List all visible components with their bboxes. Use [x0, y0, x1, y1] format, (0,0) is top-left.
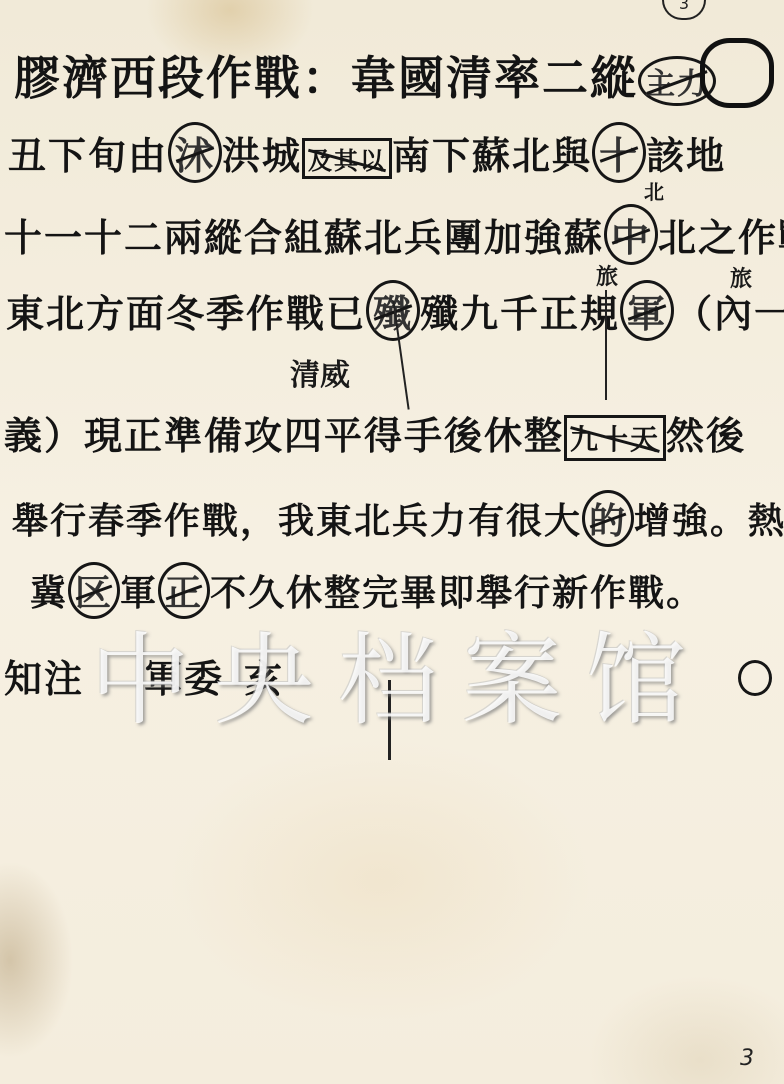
struck-text: 正 — [158, 562, 210, 619]
manuscript-line-2: 丑下旬由沭洪城及其以南下蘇北與十該地 — [8, 122, 726, 183]
struck-text: 軍 — [620, 280, 674, 341]
line-text: 亥 — [244, 656, 284, 701]
manuscript-line-1: 膠濟西段作戰：韋國清率二縱主力 — [14, 42, 716, 108]
line-text: 知注 — [4, 656, 84, 701]
line-text: 增強。熱察 — [634, 500, 784, 542]
struck-block-right — [700, 38, 774, 108]
insertion-bei: 北 — [644, 176, 664, 205]
manuscript-line-3: 十一十二兩縱合組蘇北兵團加強蘇中北之作戰 — [4, 204, 784, 265]
line-text: 軍委 — [144, 656, 224, 701]
struck-text: 沭 — [168, 122, 222, 183]
end-circle-mark — [738, 660, 772, 696]
line-text: （內一個 — [674, 291, 784, 336]
page-number-top: 3 — [662, 0, 706, 20]
struck-text: 的 — [582, 490, 634, 547]
manuscript-line-7: 冀区軍正不久休整完畢即舉行新作戰。 — [30, 562, 704, 619]
line-text: 洪城 — [222, 133, 302, 178]
line-text: 南下蘇北與 — [392, 133, 592, 178]
line-text: 冀 — [30, 572, 68, 614]
boxed-text: 及其以 — [302, 138, 392, 179]
insertion-lv2: 旅 — [730, 262, 752, 293]
line-text: 義）現正準備攻四平得手後休整 — [4, 413, 564, 458]
line-text: 東北方面冬季作戰已 — [6, 291, 366, 336]
line-text: 軍 — [120, 572, 158, 614]
manuscript-line-8: 知注軍委亥 — [4, 648, 284, 703]
manuscript-page: 3 膠濟西段作戰：韋國清率二縱主力 丑下旬由沭洪城及其以南下蘇北與十該地 十一十… — [0, 0, 784, 1084]
line-text: 該地 — [646, 133, 726, 178]
line-text: 舉行春季作戰，我東北兵力有很大 — [12, 500, 582, 542]
insertion-lv: 旅 — [596, 260, 618, 291]
insertion-qingwei: 清威 — [290, 350, 350, 394]
boxed-text: 九十天 — [564, 415, 666, 461]
line-text: 膠濟西段作戰：韋國清率二縱 — [14, 51, 638, 105]
manuscript-line-6: 舉行春季作戰，我東北兵力有很大的增強。熱察 — [12, 490, 784, 547]
line-text: 北之作戰 — [658, 215, 784, 260]
struck-text: 区 — [68, 562, 120, 619]
struck-text: 十 — [592, 122, 646, 183]
line-text: 不久休整完畢即舉行新作戰。 — [210, 572, 704, 614]
line-text: 殲九千正規 — [420, 291, 620, 336]
manuscript-line-5: 義）現正準備攻四平得手後休整九十天然後 — [4, 405, 746, 461]
insertion-line — [605, 290, 607, 400]
line-text: 然後 — [666, 413, 746, 458]
line-text: 十一十二兩縱合組蘇北兵團加強蘇 — [4, 215, 604, 260]
signature-stroke — [388, 680, 391, 760]
page-number-bottom: 3 — [740, 1046, 754, 1071]
line-text: 丑下旬由 — [8, 133, 168, 178]
struck-text: 中 — [604, 204, 658, 265]
